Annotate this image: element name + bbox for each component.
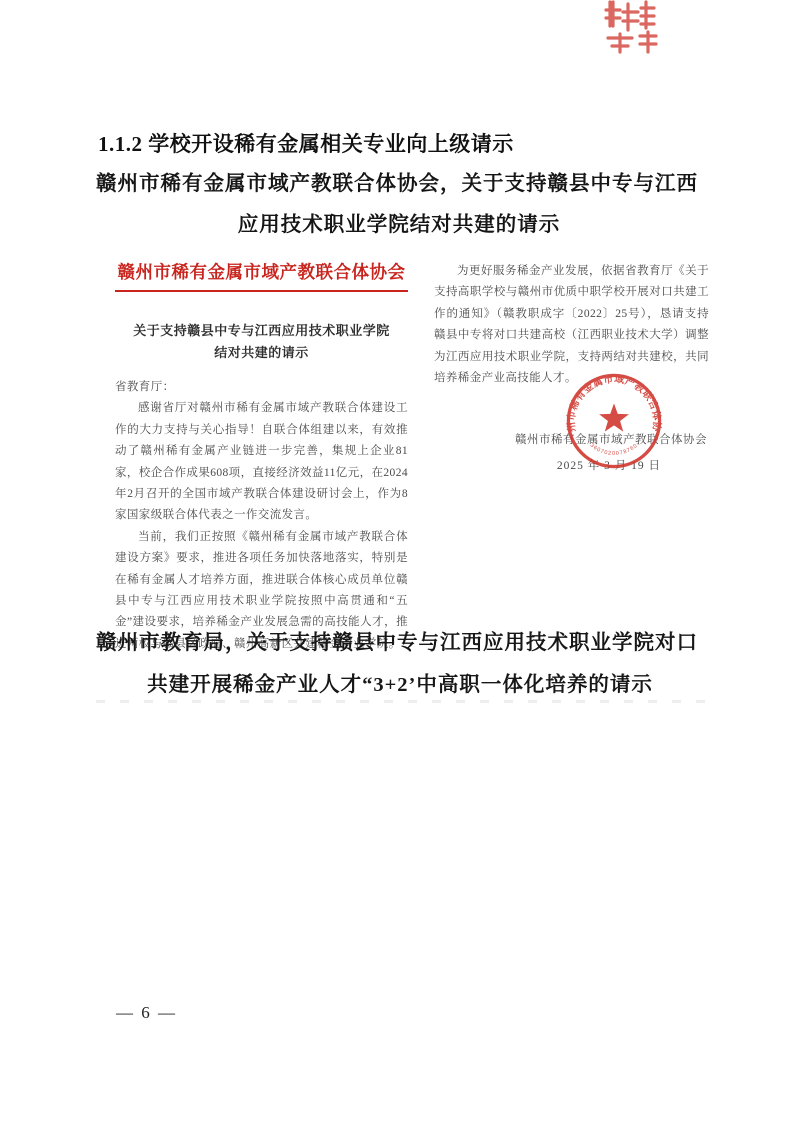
letter-paragraph-1: 感谢省厅对赣州市稀有金属市域产教联合体建设工作的大力支持与关心指导！自联合体组建… (115, 398, 408, 526)
section-heading: 1.1.2 学校开设稀有金属相关专业向上级请示 (98, 128, 718, 158)
letter-salutation: 省教育厅： (115, 377, 408, 398)
letter-title-line2: 结对共建的请示 (115, 342, 408, 364)
document-page: 1.1.2 学校开设稀有金属相关专业向上级请示 赣州市稀有金属市域产教联合体协会… (0, 0, 794, 1123)
subtitle-line2: 应用技术职业学院结对共建的请示 (96, 205, 702, 246)
signature-date: 2025 年 3 月 19 日 (434, 453, 709, 479)
letter-paragraph-3: 为更好服务稀金产业发展，依据省教育厅《关于支持高职学校与赣州市优质中职学校开展对… (434, 256, 709, 389)
scan-artifact-line (96, 700, 708, 703)
letter-body: 省教育厅： 感谢省厅对赣州市稀有金属市域产教联合体建设工作的大力支持与关心指导！… (115, 377, 408, 655)
letter-signature-block: 赣州市稀有金属市域产教联合体协会 2025 年 3 月 19 日 (434, 427, 709, 479)
document-subtitle: 赣州市稀有金属市域产教联合体协会，关于支持赣县中专与江西 应用技术职业学院结对共… (96, 164, 702, 246)
letter-left-page: 赣州市稀有金属市域产教联合体协会 关于支持赣县中专与江西应用技术职业学院 结对共… (115, 256, 408, 618)
subtitle-line1: 赣州市稀有金属市域产教联合体协会，关于支持赣县中专与江西 (96, 164, 702, 205)
page-number: — 6 — (116, 1003, 177, 1023)
letterhead-divider (115, 290, 408, 292)
footer-heading: 赣州市教育局，关于支持赣县中专与江西应用技术职业学院对口 共建开展稀金产业人才“… (96, 622, 704, 706)
footer-heading-line1: 赣州市教育局，关于支持赣县中专与江西应用技术职业学院对口 (96, 622, 704, 664)
scanned-letter: 赣州市稀有金属市域产教联合体协会 关于支持赣县中专与江西应用技术职业学院 结对共… (115, 256, 709, 618)
letterhead-org-name: 赣州市稀有金属市域产教联合体协会 (115, 256, 408, 284)
letter-title-line1: 关于支持赣县中专与江西应用技术职业学院 (115, 320, 408, 342)
letter-title: 关于支持赣县中专与江西应用技术职业学院 结对共建的请示 (115, 320, 408, 364)
partial-seal-stamp-icon (604, 0, 658, 60)
letter-right-page: 为更好服务稀金产业发展，依据省教育厅《关于支持高职学校与赣州市优质中职学校开展对… (434, 256, 709, 618)
signature-org-name: 赣州市稀有金属市域产教联合体协会 (434, 427, 709, 453)
